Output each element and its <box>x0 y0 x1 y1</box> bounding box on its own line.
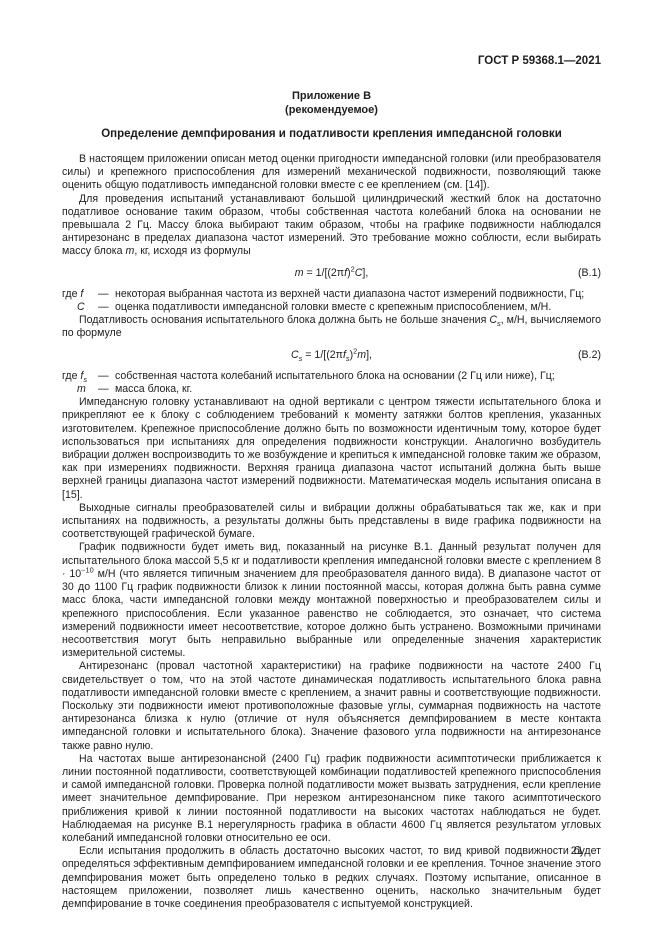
definition-term: где f <box>62 288 98 301</box>
standard-number: ГОСТ Р 59368.1—2021 <box>62 55 601 67</box>
paragraph-antiresonance: Антирезонанс (провал частотной характери… <box>62 660 601 752</box>
paragraph-intro: В настоящем приложении описан метод оцен… <box>62 153 601 193</box>
formula-b2-definitions: где fs — собственная частота колебаний и… <box>62 370 601 396</box>
paragraph-mounting: Импедансную головку устанавливают на одн… <box>62 396 601 502</box>
page-number: 21 <box>571 845 583 857</box>
paragraph-signals: Выходные сигналы преобразователей силы и… <box>62 502 601 542</box>
paragraph-base-compliance: Податливость основания испытательного бл… <box>62 314 601 340</box>
formula-b2: Cs = 1/[(2πfs)2m], (В.2) <box>62 349 601 362</box>
definition-description: собственная частота колебаний испытатель… <box>115 370 601 383</box>
formula-b2-label: (В.2) <box>578 349 601 362</box>
paragraph-damping-conclusion: Если испытания продолжить в область дост… <box>62 845 601 911</box>
document-page: ГОСТ Р 59368.1—2021 Приложение В (рекоме… <box>0 0 661 935</box>
formula-b1-label: (В.1) <box>578 267 601 280</box>
dash: — <box>98 383 115 396</box>
definition-description: масса блока, кг. <box>115 383 601 396</box>
document-body: В настоящем приложении описан метод оцен… <box>62 153 601 911</box>
dash: — <box>98 288 115 301</box>
appendix-heading: Приложение В (рекомендуемое) <box>62 90 601 117</box>
definition-term: C <box>62 301 98 314</box>
formula-b1: m = 1/[(2πf)2C], (В.1) <box>62 267 601 280</box>
paragraph-test-setup: Для проведения испытаний устанавливают б… <box>62 193 601 259</box>
formula-b2-expression: Cs = 1/[(2πfs)2m], <box>291 349 372 361</box>
document-title: Определение демпфирования и податливости… <box>62 127 601 141</box>
formula-b1-expression: m = 1/[(2πf)2C], <box>295 267 369 279</box>
formula-b1-definitions: где f — некоторая выбранная частота из в… <box>62 288 601 314</box>
paragraph-high-frequencies: На частотах выше антирезонансной (2400 Г… <box>62 753 601 845</box>
definition-row-f: где f — некоторая выбранная частота из в… <box>62 288 601 301</box>
definition-description: оценка податливости импедансной головки … <box>115 301 601 314</box>
appendix-label: Приложение В <box>62 90 601 104</box>
definition-term: где fs <box>62 370 98 383</box>
dash: — <box>98 301 115 314</box>
appendix-kind: (рекомендуемое) <box>62 104 601 118</box>
definition-row-fs: где fs — собственная частота колебаний и… <box>62 370 601 383</box>
dash: — <box>98 370 115 383</box>
definition-row-c: C — оценка податливости импедансной голо… <box>62 301 601 314</box>
definition-row-m: m — масса блока, кг. <box>62 383 601 396</box>
definition-description: некоторая выбранная частота из верхней ч… <box>115 288 601 301</box>
definition-term: m <box>62 383 98 396</box>
paragraph-mobility-graph: График подвижности будет иметь вид, пока… <box>62 541 601 660</box>
